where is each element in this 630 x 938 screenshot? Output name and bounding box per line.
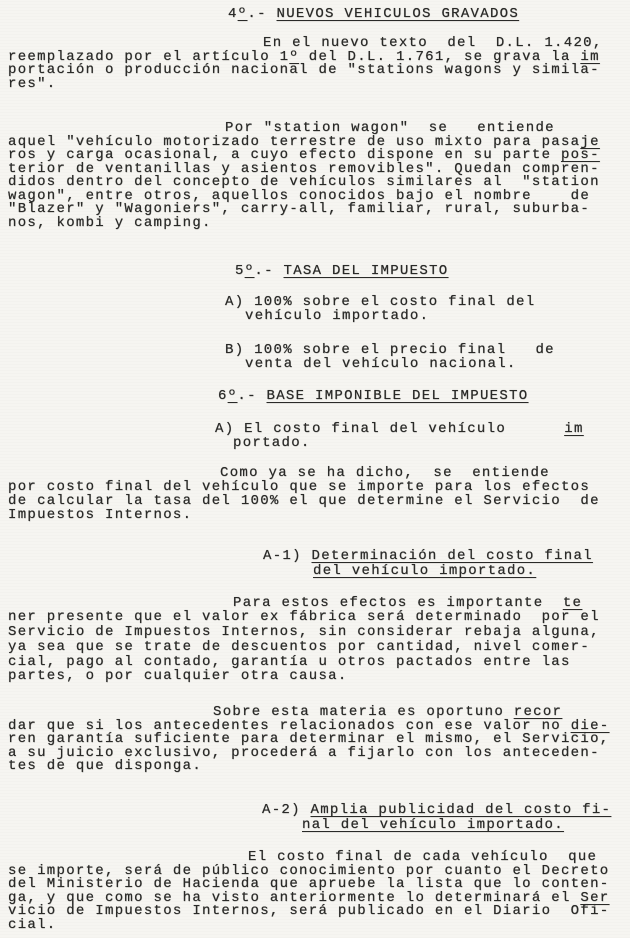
doc-text: vicio de Impuestos Internos, será public… — [8, 903, 609, 919]
doc-line: ya sea que se trate de descuentos por ca… — [8, 641, 590, 654]
doc-text-underlined: Amplia publicidad del costo fi- — [311, 802, 612, 818]
doc-text-underlined: del vehículo importado. — [313, 563, 536, 579]
doc-text: Impuestos Internos. — [8, 507, 192, 523]
doc-text: portado. — [233, 435, 311, 451]
doc-line: ner presente que el valor ex fábrica ser… — [8, 611, 600, 624]
doc-text: res". — [8, 76, 57, 92]
heading-a1-line2: del vehículo importado. — [313, 565, 536, 578]
doc-line: Impuestos Internos. — [8, 509, 192, 522]
doc-text: 5 — [235, 263, 245, 279]
doc-text: vehículo importado. — [245, 308, 429, 324]
doc-text: cial. — [8, 917, 57, 933]
doc-text: .- — [237, 388, 266, 404]
doc-text-underlined: im — [564, 421, 583, 437]
doc-line: vicio de Impuestos Internos, será public… — [8, 905, 609, 918]
heading-section-4: 4º.- NUEVOS VEHICULOS GRAVADOS — [228, 8, 519, 21]
doc-line: cial. — [8, 919, 57, 932]
doc-text: nos, kombi y camping. — [8, 215, 212, 231]
doc-text: .- — [247, 6, 276, 22]
heading-a2: A-2) Amplia publicidad del costo fi- — [262, 804, 611, 817]
doc-text: 6 — [218, 388, 228, 404]
doc-text: venta del vehículo nacional. — [245, 356, 517, 372]
heading-section-6: 6º.- BASE IMPONIBLE DEL IMPUESTO — [218, 390, 528, 403]
doc-text: ner presente que el valor ex fábrica ser… — [8, 609, 600, 625]
doc-text-underlined: BASE IMPONIBLE DEL IMPUESTO — [267, 388, 529, 404]
doc-text: portación o producción nacional de "stat… — [8, 62, 600, 78]
doc-line: Servicio de Impuestos Internos, sin cons… — [8, 626, 600, 639]
doc-text: partes, o por cualquier otra causa. — [8, 668, 348, 684]
document-page: 4º.- NUEVOS VEHICULOS GRAVADOSEn el nuev… — [0, 0, 630, 938]
doc-text-underlined: TASA DEL IMPUESTO — [284, 263, 449, 279]
doc-line: tes de que disponga. — [8, 760, 202, 773]
doc-text: .- — [254, 263, 283, 279]
doc-line: venta del vehículo nacional. — [245, 358, 517, 371]
heading-section-5: 5º.- TASA DEL IMPUESTO — [235, 265, 448, 278]
doc-line: res". — [8, 78, 57, 91]
doc-text-underlined: Determinación del costo final — [312, 548, 593, 564]
doc-text-underlined: NUEVOS VEHICULOS GRAVADOS — [277, 6, 520, 22]
doc-line: portado. — [233, 437, 311, 450]
doc-text: 4 — [228, 6, 238, 22]
heading-a2-line2: nal del vehículo importado. — [302, 819, 564, 832]
doc-text-underlined: º — [228, 388, 238, 404]
doc-text: A-2) — [262, 802, 311, 818]
doc-text-underlined: º — [238, 6, 248, 22]
doc-line: nos, kombi y camping. — [8, 217, 212, 230]
doc-text: ya sea que se trate de descuentos por ca… — [8, 639, 590, 655]
doc-text: A-1) — [263, 548, 312, 564]
doc-text: tes de que disponga. — [8, 758, 202, 774]
doc-text-underlined: nal del vehículo importado. — [302, 817, 564, 833]
doc-text: Servicio de Impuestos Internos, sin cons… — [8, 624, 600, 640]
heading-a1: A-1) Determinación del costo final — [263, 550, 593, 563]
doc-text-underlined: º — [245, 263, 255, 279]
doc-line: partes, o por cualquier otra causa. — [8, 670, 348, 683]
doc-line: vehículo importado. — [245, 310, 429, 323]
doc-line: portación o producción nacional de "stat… — [8, 64, 600, 77]
